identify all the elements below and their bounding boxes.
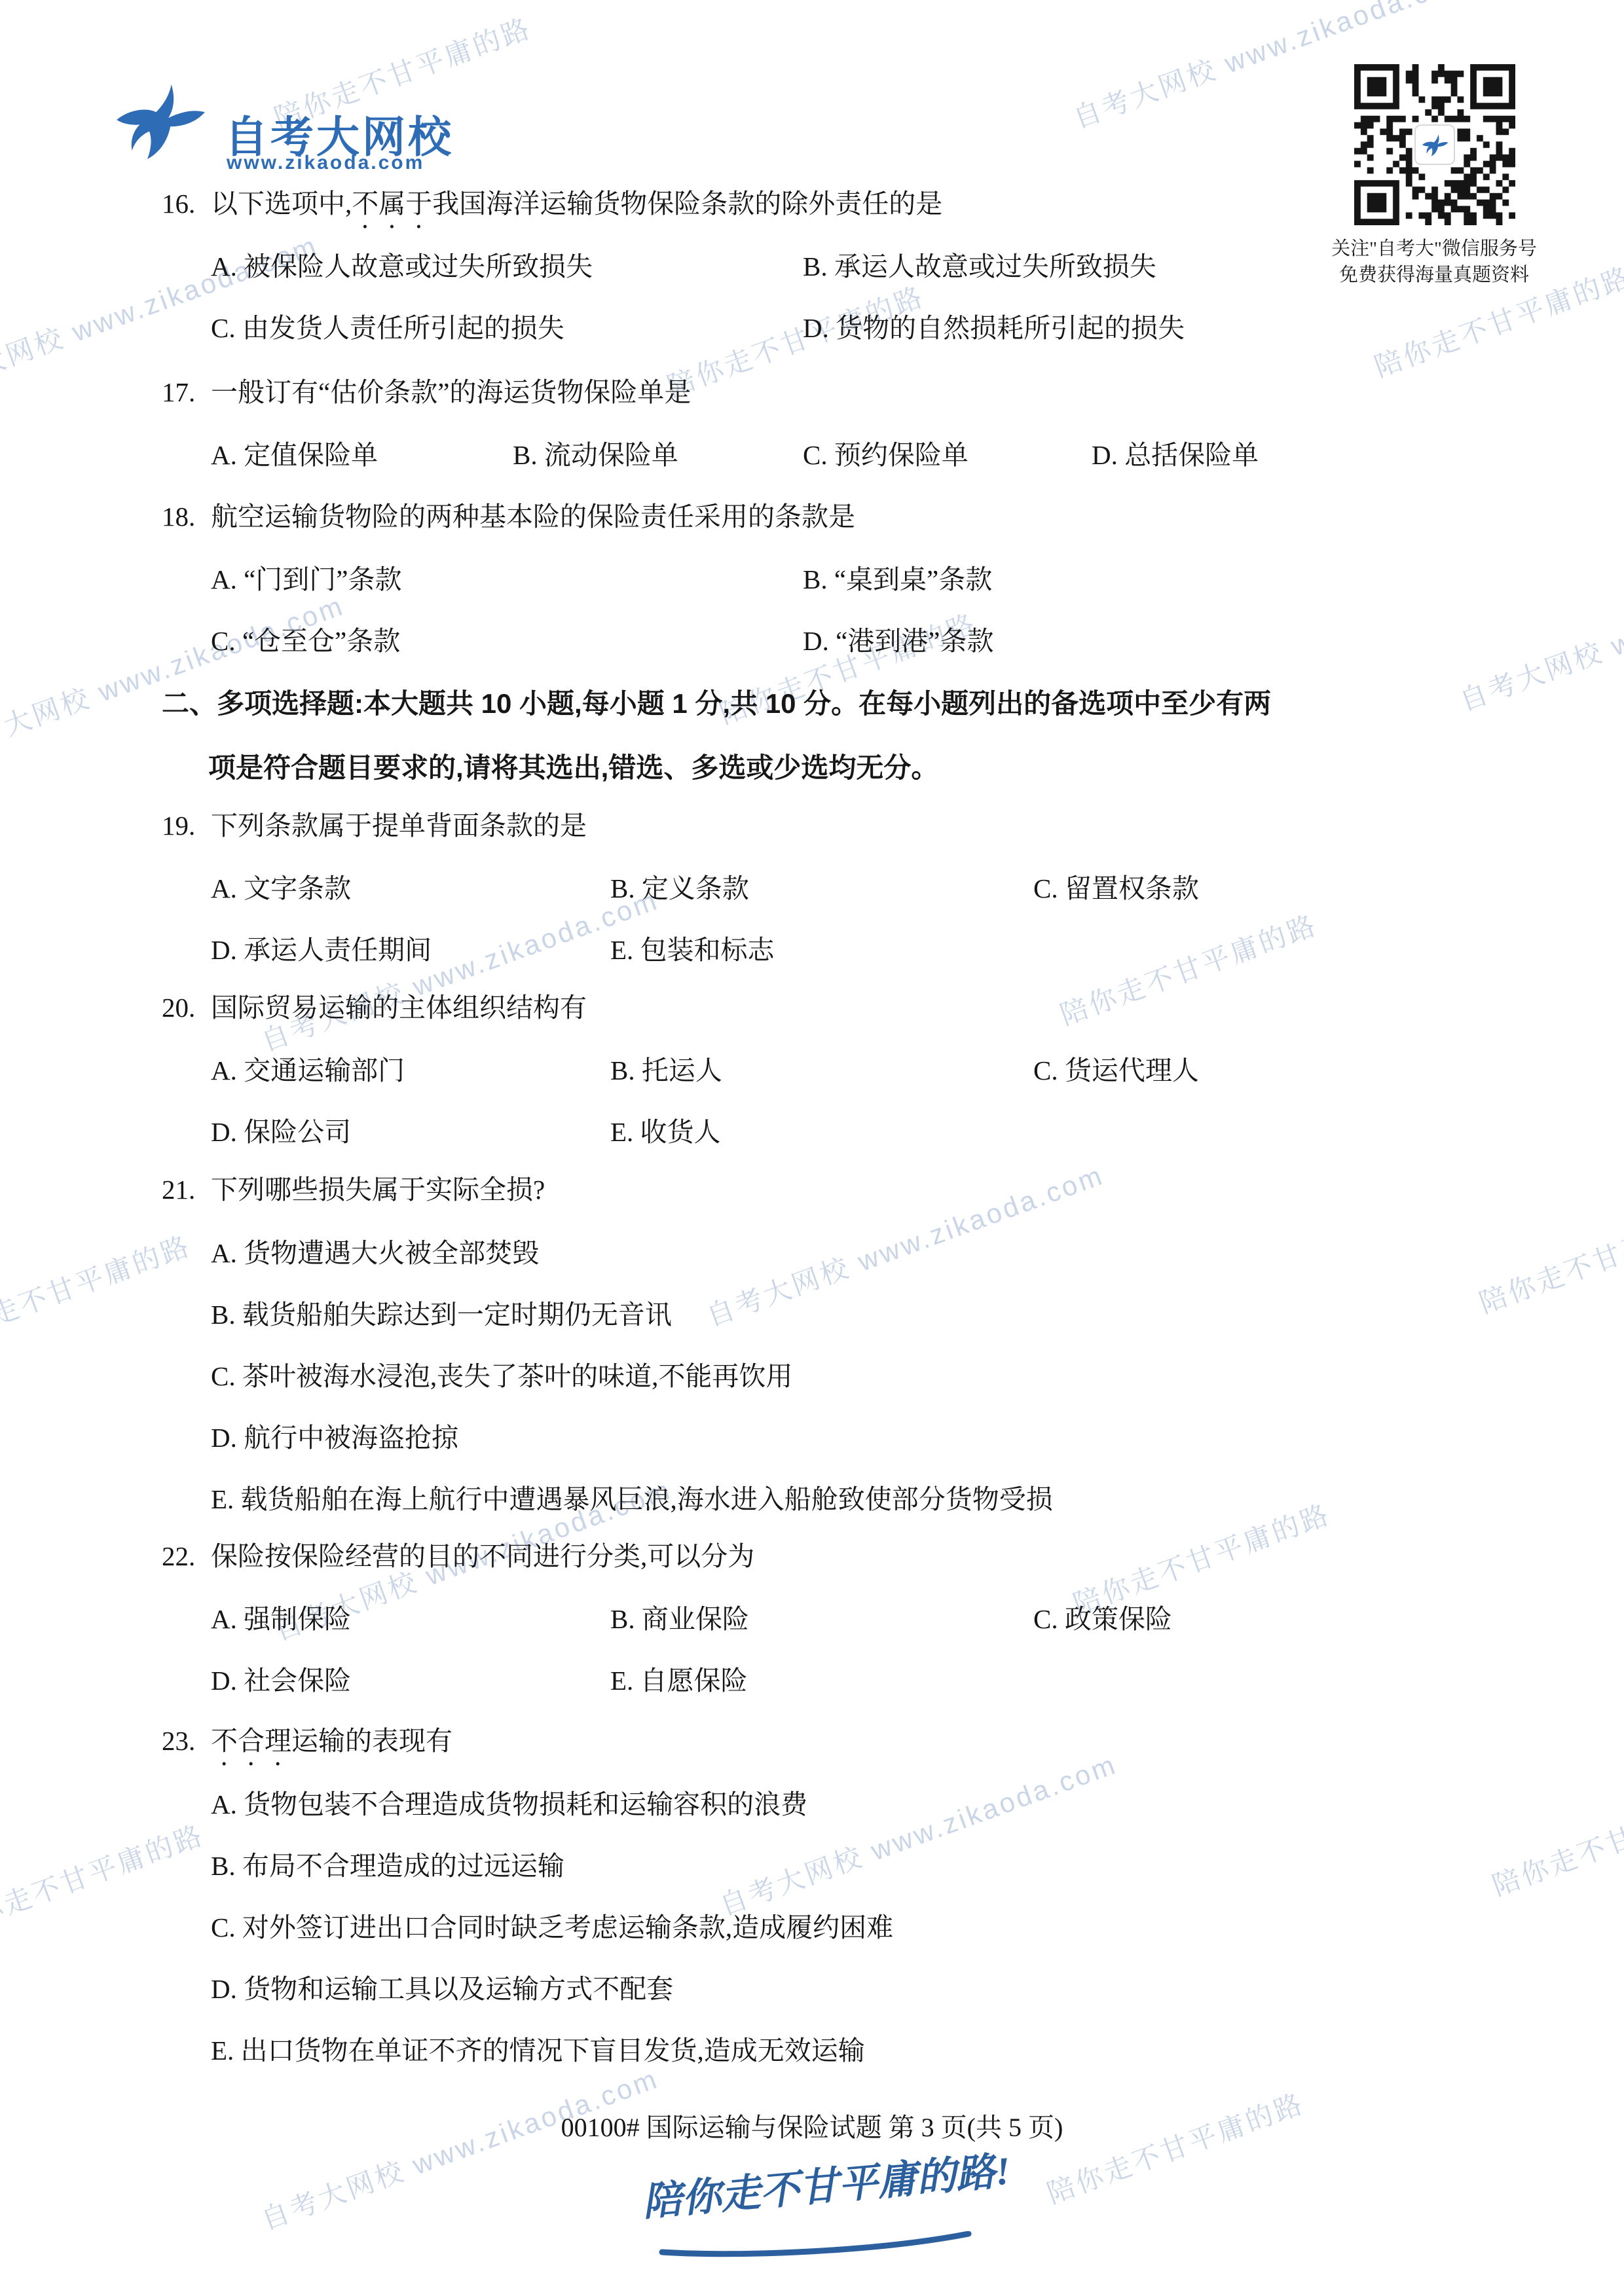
option: D. 社会保险 — [211, 1659, 610, 1698]
emphasized-text: 不属于 — [352, 189, 432, 219]
qr-caption-line1: 关注"自考大"微信服务号 — [1300, 236, 1568, 262]
option: A. 定值保险单 — [211, 433, 513, 472]
option: B. 载货船舶失踪达到一定时期仍无音讯 — [211, 1293, 672, 1332]
watermark-text: 自考大网校 www.zikaoda.com — [255, 2057, 664, 2238]
option: D. 货物和运输工具以及运输方式不配套 — [211, 1967, 673, 2006]
question-number: 20. — [162, 992, 211, 1023]
section-header-line2: 项是符合题目要求的,请将其选出,错选、多选或少选均无分。 — [208, 746, 938, 786]
question-number: 21. — [162, 1174, 211, 1205]
section-header-line1: 二、多项选择题:本大题共 10 小题,每小题 1 分,共 10 分。在每小题列出… — [162, 682, 1271, 721]
option: E. 包装和标志 — [610, 928, 1033, 967]
option: E. 收货人 — [610, 1110, 1033, 1149]
option: A. 被保险人故意或过失所致损失 — [211, 245, 803, 283]
watermark-text: 陪你走不甘平庸的路 — [0, 1813, 209, 1943]
watermark-text: 自考大网校 www.zikaoda.com — [1454, 538, 1624, 719]
option: E. 出口货物在单证不齐的情况下盲目发货,造成无效运输 — [211, 2029, 865, 2068]
question-number: 22. — [162, 1540, 211, 1572]
question-stem: 20.国际贸易运输的主体组织结构有 — [162, 986, 587, 1025]
option: C. 留置权条款 — [1033, 867, 1199, 905]
question-number: 23. — [162, 1725, 211, 1757]
question-stem: 19.下列条款属于提单背面条款的是 — [162, 804, 587, 843]
option: A. 货物遭遇大火被全部焚毁 — [211, 1231, 539, 1270]
option: A. “门到门”条款 — [211, 558, 803, 596]
emphasized-text: 不合理 — [211, 1726, 291, 1756]
watermark-text: 陪你走不甘平庸的路 — [0, 1224, 196, 1354]
question-number: 17. — [162, 376, 211, 408]
option: B. 布局不合理造成的过远运输 — [211, 1844, 564, 1883]
option: B. “桌到桌”条款 — [803, 558, 992, 596]
option: B. 托运人 — [610, 1049, 1033, 1087]
option: D. 承运人责任期间 — [211, 928, 610, 967]
question-number: 19. — [162, 810, 211, 841]
question-stem: 16.以下选项中,不属于我国海洋运输货物保险条款的除外责任的是 — [162, 182, 942, 234]
option: D. 航行中被海盗抢掠 — [211, 1416, 458, 1455]
option: C. “仓至仓”条款 — [211, 619, 803, 658]
watermark-text: 陪你走不甘平庸的路 — [1486, 1774, 1624, 1904]
watermark-text: 自考大网校 www.zikaoda.com — [0, 584, 349, 765]
option: B. 定义条款 — [610, 867, 1033, 905]
watermark-text: 陪你走不甘平庸的路 — [1054, 903, 1323, 1033]
qr-code-block — [1354, 64, 1515, 225]
option: B. 承运人故意或过失所致损失 — [803, 245, 1156, 283]
logo-bird-icon — [110, 73, 208, 168]
watermark-text: 自考大网校 www.zikaoda.com — [255, 879, 664, 1059]
option: A. 强制保险 — [211, 1597, 610, 1636]
option: A. 货物包装不合理造成货物损耗和运输容积的浪费 — [211, 1783, 807, 1821]
option: D. 总括保险单 — [1092, 433, 1259, 472]
option: E. 自愿保险 — [610, 1659, 1033, 1698]
option: C. 由发货人责任所引起的损失 — [211, 306, 803, 345]
question-stem: 22.保险按保险经营的目的不同进行分类,可以分为 — [162, 1535, 754, 1573]
footer-slogan: 陪你走不甘平庸的路! — [640, 2140, 1010, 2227]
question-stem: 21.下列哪些损失属于实际全损? — [162, 1168, 545, 1207]
option: C. 预约保险单 — [803, 433, 1092, 472]
option: A. 文字条款 — [211, 867, 610, 905]
page-footer: 00100# 国际运输与保险试题 第 3 页(共 5 页) — [0, 2107, 1624, 2144]
watermark-text: 陪你走不甘平庸的路 — [1473, 1192, 1624, 1321]
option: B. 商业保险 — [610, 1597, 1033, 1636]
option: C. 对外签订进出口合同时缺乏考虑运输条款,造成履约困难 — [211, 1906, 893, 1944]
qr-center-logo — [1414, 124, 1455, 165]
option: E. 载货船舶在海上航行中遭遇暴风巨浪,海水进入船舱致使部分货物受损 — [211, 1478, 1053, 1516]
qr-caption-line2: 免费获得海量真题资料 — [1300, 262, 1568, 288]
logo-url: www.zikaoda.com — [227, 152, 424, 174]
question-stem: 18.航空运输货物险的两种基本险的保险责任采用的条款是 — [162, 495, 855, 534]
bird-icon — [1420, 131, 1449, 159]
option: C. 政策保险 — [1033, 1597, 1172, 1636]
watermark-text: 陪你走不甘平庸的路 — [1041, 2082, 1310, 2212]
watermark-text: 自考大网校 www.zikaoda.com — [701, 1154, 1109, 1334]
question-number: 18. — [162, 501, 211, 532]
question-number: 16. — [162, 188, 211, 219]
qr-caption: 关注"自考大"微信服务号 免费获得海量真题资料 — [1300, 236, 1568, 288]
option: C. 货运代理人 — [1033, 1049, 1199, 1087]
option: A. 交通运输部门 — [211, 1049, 610, 1087]
option: B. 流动保险单 — [513, 433, 803, 472]
option: D. 保险公司 — [211, 1110, 610, 1149]
question-stem: 17.一般订有“估价条款”的海运货物保险单是 — [162, 371, 691, 409]
option: D. “港到港”条款 — [803, 619, 994, 658]
question-stem: 23.不合理运输的表现有 — [162, 1719, 452, 1772]
option: C. 茶叶被海水浸泡,丧失了茶叶的味道,不能再饮用 — [211, 1355, 792, 1393]
slogan-underline-swoosh — [658, 2231, 972, 2257]
watermark-text: 自考大网校 www.zikaoda.com — [714, 1743, 1122, 1923]
option: D. 货物的自然损耗所引起的损失 — [803, 306, 1185, 345]
